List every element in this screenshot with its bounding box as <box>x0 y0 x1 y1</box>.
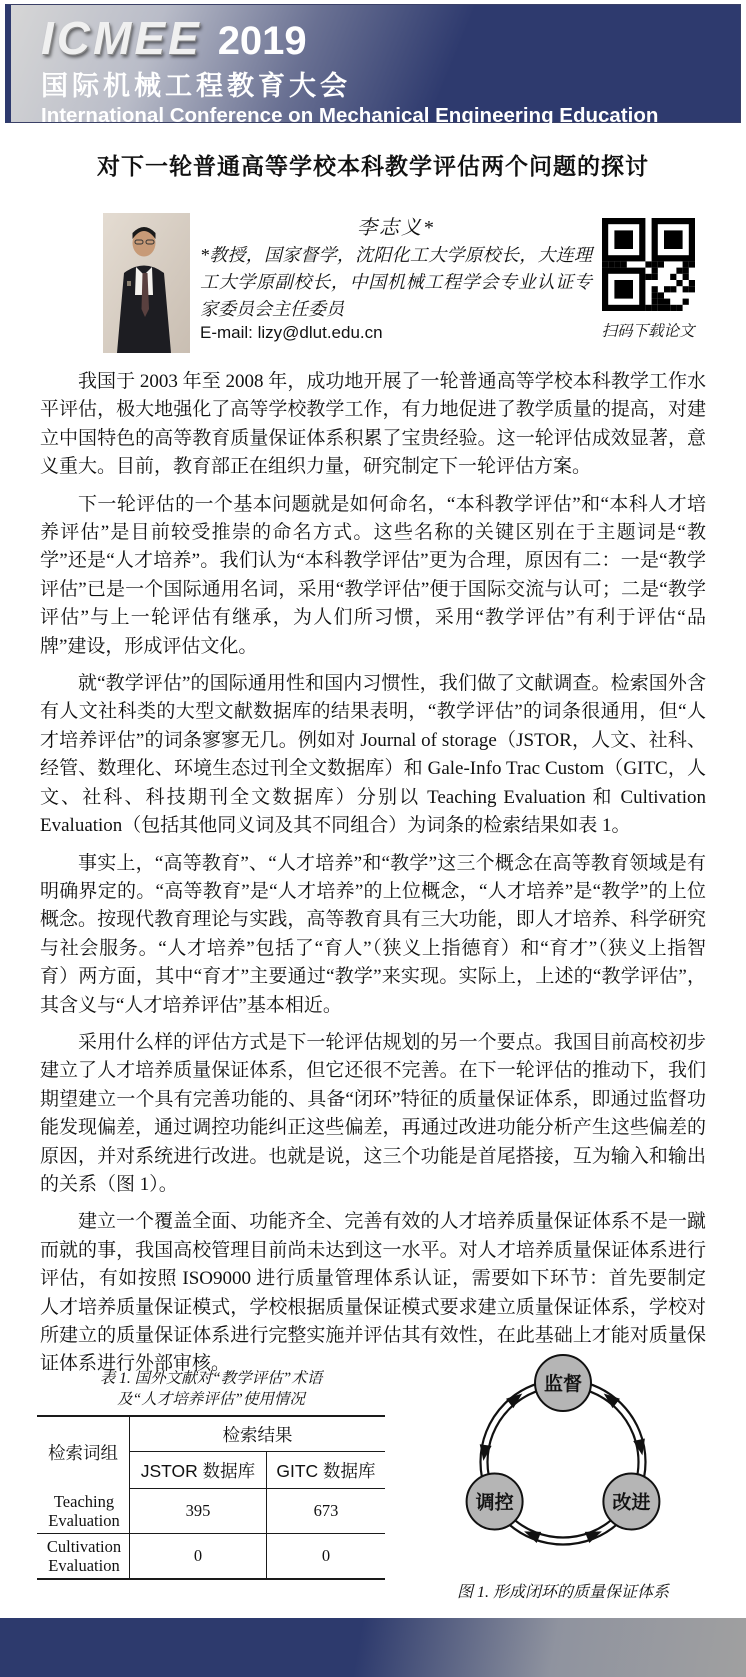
conference-title-zh: 国际机械工程教育大会 <box>41 64 740 103</box>
header-gitc-db: GITC 数据库 <box>266 1452 385 1489</box>
conference-title-en: International Conference on Mechanical E… <box>41 104 740 128</box>
table-row: Teaching Evaluation 395 673 <box>37 1489 385 1534</box>
paper-page: ICMEE 2019 国际机械工程教育大会 International Conf… <box>0 0 746 1677</box>
cell-gitc-count: 0 <box>266 1534 385 1580</box>
closed-loop-diagram: 监督 调控 改进 <box>413 1344 713 1564</box>
author-photo <box>103 213 190 353</box>
table-caption-line2: 及“人才培养评估”使用情况 <box>37 1389 385 1410</box>
qr-caption: 扫码下载论文 <box>600 319 696 341</box>
paragraph-3: 就“教学评估”的国际通用性和国内习惯性，我们做了文献调查。检索国外含有人文社科类… <box>40 670 706 840</box>
cell-term: Cultivation Evaluation <box>37 1534 130 1580</box>
footer-bar <box>0 1618 746 1677</box>
qr-code <box>602 218 695 311</box>
cell-gitc-count: 673 <box>266 1489 385 1534</box>
table-block: 表 1. 国外文献对“教学评估”术语 及“人才培养评估”使用情况 检索词组 检索… <box>37 1368 385 1580</box>
table-caption: 表 1. 国外文献对“教学评估”术语 及“人才培养评估”使用情况 <box>37 1368 385 1410</box>
node-label-improve: 改进 <box>612 1491 650 1514</box>
author-photo-image <box>103 213 190 353</box>
figure-block: 监督 调控 改进 图 1. 形成闭环的质量保证体系 <box>413 1344 713 1602</box>
banner-logo-row: ICMEE 2019 <box>41 11 740 63</box>
node-label-supervise: 监督 <box>544 1372 582 1395</box>
paper-body: 我国于 2003 年至 2008 年，成功地开展了一轮普通高等学校本科教学工作水… <box>40 368 706 1388</box>
icmee-logo: ICMEE <box>41 11 202 65</box>
table-caption-line1: 表 1. 国外文献对“教学评估”术语 <box>37 1368 385 1389</box>
paragraph-4: 事实上，“高等教育”、“人才培养”和“教学”这三个概念在高等教育领域是有明确界定… <box>40 850 706 1020</box>
figure-caption: 图 1. 形成闭环的质量保证体系 <box>413 1579 713 1602</box>
cell-jstor-count: 395 <box>130 1489 267 1534</box>
table-row: Cultivation Evaluation 0 0 <box>37 1534 385 1580</box>
paper-title: 对下一轮普通高等学校本科教学评估两个问题的探讨 <box>0 148 746 181</box>
conference-year: 2019 <box>218 19 307 64</box>
diagram-nodes: 监督 调控 改进 <box>467 1355 660 1530</box>
author-block: 李志义* *教授，国家督学，沈阳化工大学原校长，大连理工大学原副校长，中国机械工… <box>0 205 746 357</box>
author-email: E-mail: lizy@dlut.edu.cn <box>200 323 383 343</box>
conference-banner: ICMEE 2019 国际机械工程教育大会 International Conf… <box>5 4 741 123</box>
header-search-results: 检索结果 <box>130 1416 386 1452</box>
cell-jstor-count: 0 <box>130 1534 267 1580</box>
cell-term: Teaching Evaluation <box>37 1489 130 1534</box>
header-search-term: 检索词组 <box>37 1416 130 1489</box>
author-name: 李志义* <box>200 211 592 240</box>
qr-block: 扫码下载论文 <box>600 218 696 341</box>
table-header-row-1: 检索词组 检索结果 <box>37 1416 385 1452</box>
search-results-table: 检索词组 检索结果 JSTOR 数据库 GITC 数据库 Teaching Ev… <box>37 1415 385 1580</box>
paragraph-2: 下一轮评估的一个基本问题就是如何命名，“本科教学评估”和“本科人才培养评估”是目… <box>40 491 706 661</box>
paragraph-1: 我国于 2003 年至 2008 年，成功地开展了一轮普通高等学校本科教学工作水… <box>40 368 706 482</box>
author-bio: *教授，国家督学，沈阳化工大学原校长，大连理工大学原副校长，中国机械工程学会专业… <box>200 242 592 323</box>
header-jstor-db: JSTOR 数据库 <box>130 1452 267 1489</box>
node-label-regulate: 调控 <box>476 1491 514 1514</box>
paragraph-5: 采用什么样的评估方式是下一轮评估规划的另一个要点。我国目前高校初步建立了人才培养… <box>40 1029 706 1199</box>
